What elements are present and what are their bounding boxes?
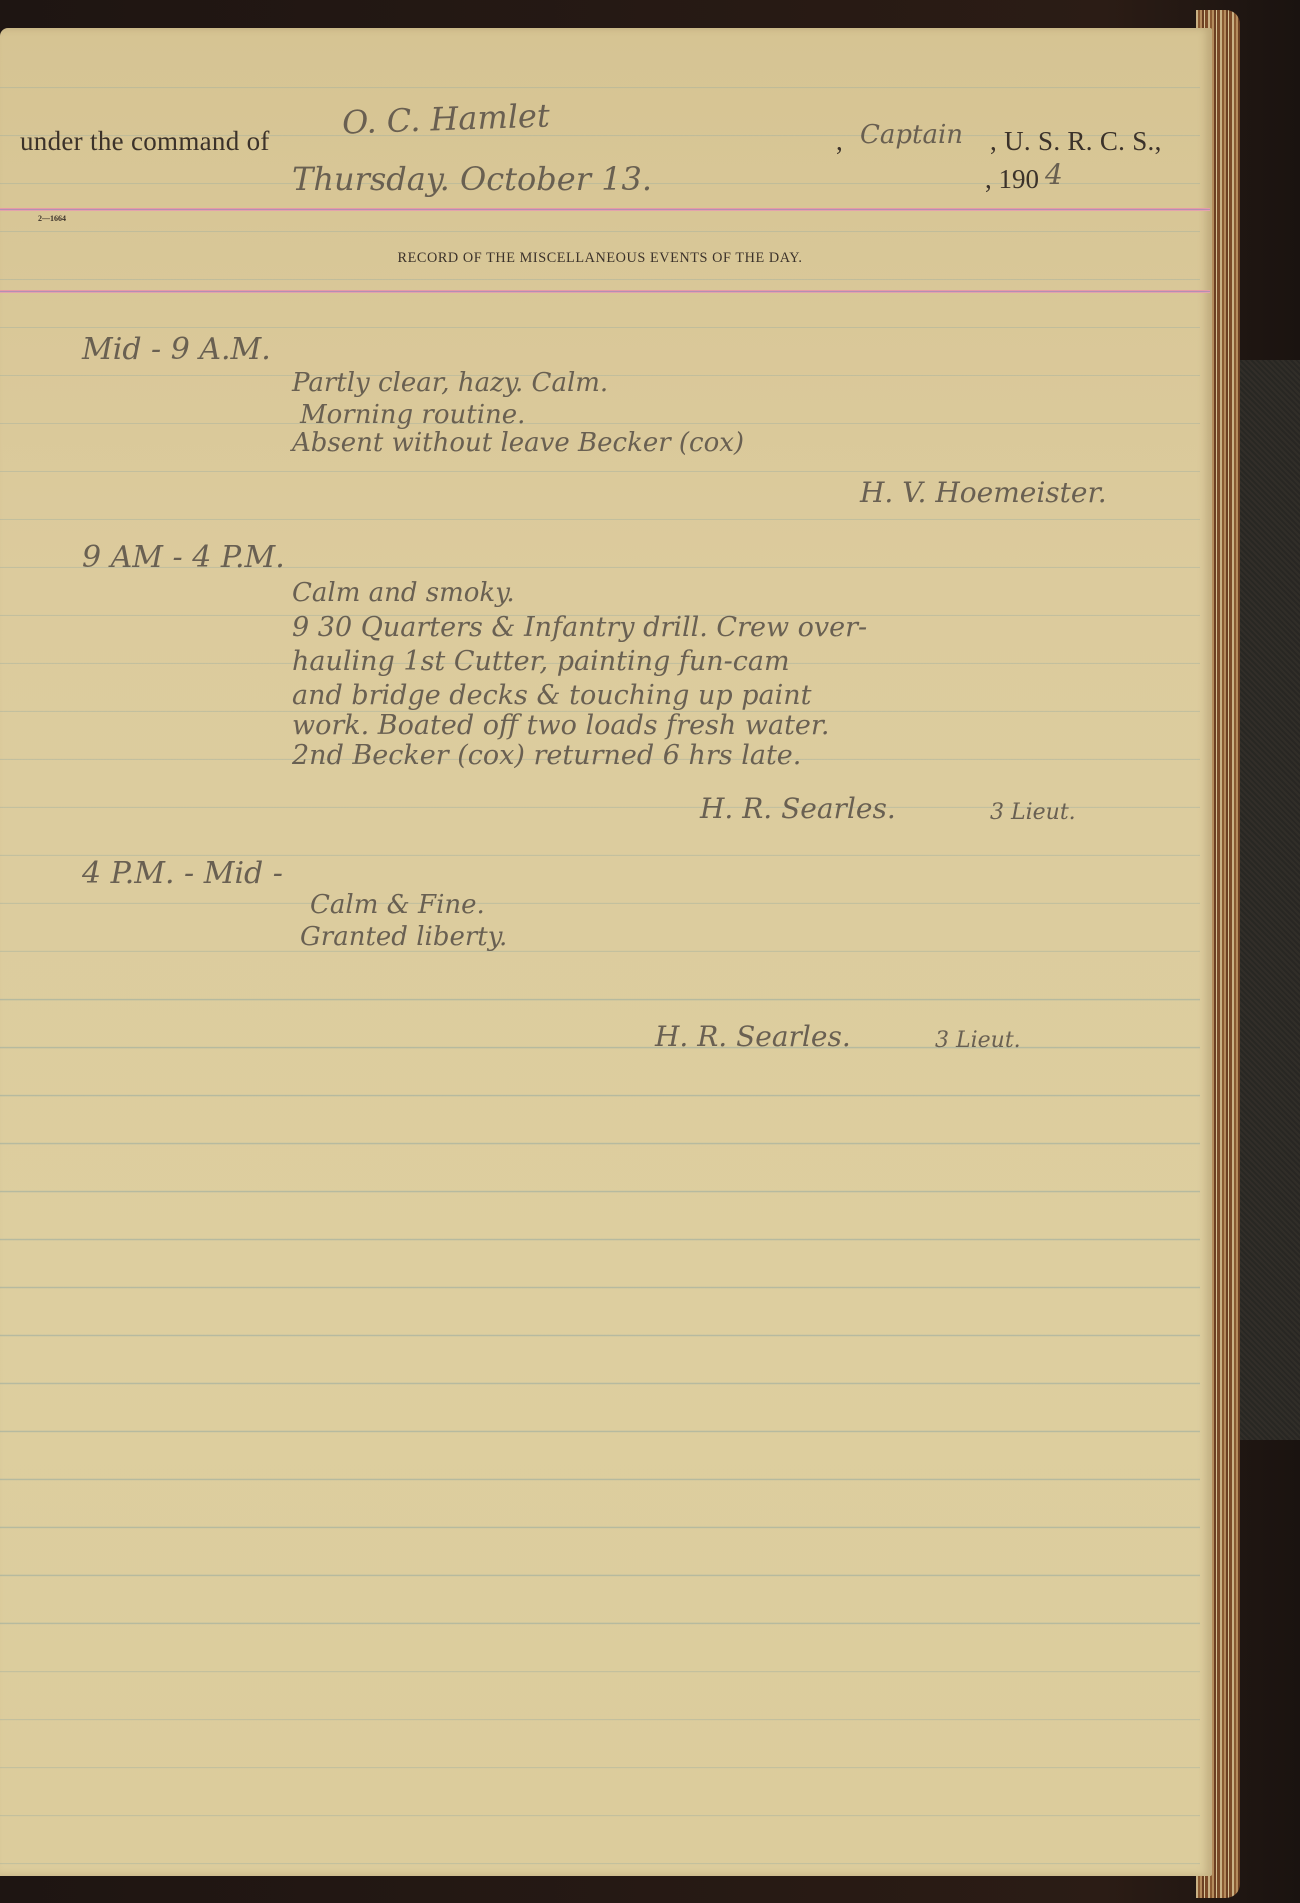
officer-title: 3 Lieut. (935, 1028, 1021, 1053)
officer-signature: H. R. Searles. (700, 792, 896, 825)
entry-line: Morning routine. (300, 400, 525, 430)
entry-line: Granted liberty. (300, 922, 507, 952)
entry-line: 9 30 Quarters & Infantry drill. Crew ove… (292, 612, 867, 643)
entry-line: 2nd Becker (cox) returned 6 hrs late. (292, 740, 801, 771)
header-rule-top (0, 208, 1210, 211)
command-label: under the command of (20, 126, 270, 157)
log-date: Thursday. October 13. (292, 160, 652, 198)
cloth-binding (1238, 360, 1300, 1440)
year-digit: 4 (1045, 158, 1063, 191)
entry-line: hauling 1st Cutter, painting fun-cam (292, 646, 790, 677)
ruled-lines (0, 28, 1200, 1876)
commander-name: O. C. Hamlet (341, 96, 550, 141)
header-rule-bottom (0, 290, 1210, 293)
entry-line: Absent without leave Becker (cox) (292, 428, 744, 458)
form-number: 2—1664 (38, 214, 66, 223)
separator-comma: , (836, 126, 843, 157)
officer-title: 3 Lieut. (990, 800, 1076, 825)
watch-time: 4 P.M. - Mid - (82, 856, 283, 891)
entry-line: work. Boated off two loads fresh water. (292, 710, 829, 741)
entry-line: and bridge decks & touching up paint (292, 680, 812, 711)
entry-line: Calm & Fine. (310, 890, 485, 920)
officer-signature: H. R. Searles. (655, 1020, 851, 1053)
entry-line: Partly clear, hazy. Calm. (292, 368, 608, 398)
watch-time: Mid - 9 A.M. (82, 332, 271, 367)
logbook-page (0, 28, 1212, 1876)
commander-rank: Captain (860, 120, 963, 150)
section-title: RECORD OF THE MISCELLANEOUS EVENTS OF TH… (30, 250, 1170, 267)
entry-line: Calm and smoky. (292, 578, 515, 608)
watch-time: 9 AM - 4 P.M. (82, 540, 285, 575)
service-suffix: , U. S. R. C. S., (990, 126, 1162, 157)
officer-signature: H. V. Hoemeister. (860, 476, 1107, 509)
year-prefix: , 190 (985, 164, 1039, 195)
